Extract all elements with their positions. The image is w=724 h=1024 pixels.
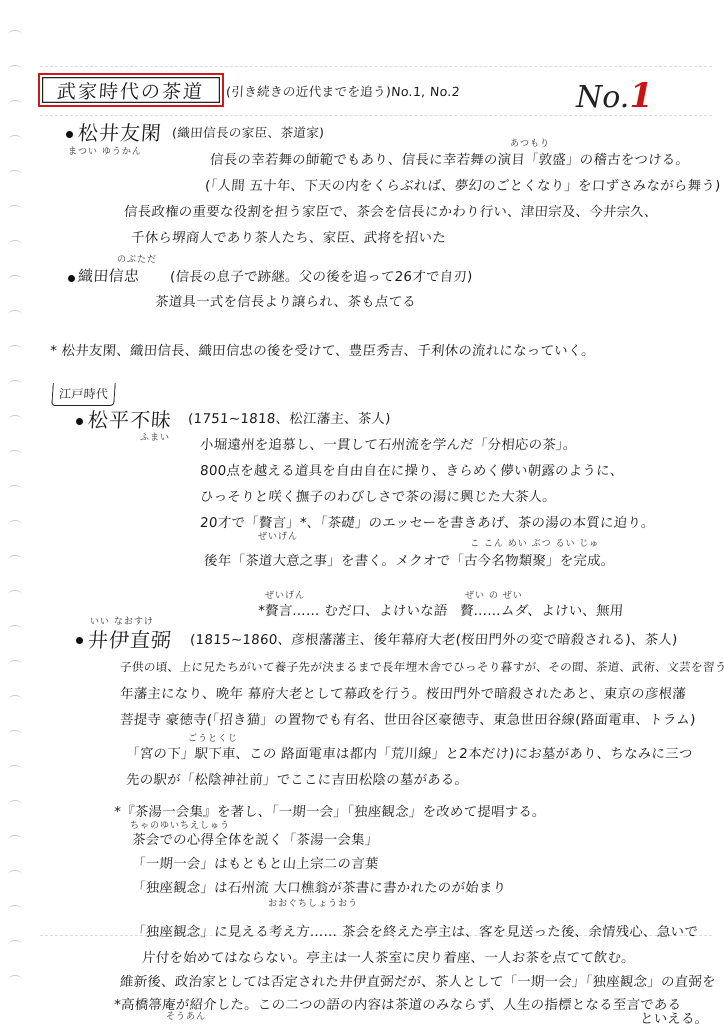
page-title: 武家時代の茶道 (57, 77, 206, 104)
page-subtitle: (引き続きの近代までを追う)No.1, No.2 (226, 86, 461, 99)
closing-line: 「独座観念」に見える考え方…… 茶会を終えた亭主は、客を見送った後、余情残心、急… (132, 926, 699, 939)
bullet-icon (76, 637, 83, 644)
bullet-icon (76, 418, 83, 425)
page-number: No.1 (576, 76, 653, 116)
text-line: 子供の頃、上に兄たちがいて養子先が決まるまで長年埋木舎でひっそり暮すが、その間、… (120, 662, 724, 674)
ruby-kokon: こ こん めい ぶつ るい じゅ (470, 540, 599, 549)
page-number-value: 1 (629, 76, 653, 116)
closing-line: といえる。 (640, 1013, 709, 1024)
note-line: 「一期一会」はもともと山上宗二の言葉 (132, 858, 379, 871)
ruby-atsumori: あつもり (510, 140, 550, 149)
text-line: (「人間 五十年、下天の内をくらぶれば、夢幻のごとくなり」を口ずさみながら舞う) (205, 180, 721, 193)
section-note: * 松井友閑、織田信長、織田信忠の後を受けて、豊臣秀吉、千利休の流れになっていく… (50, 345, 596, 358)
work-line: *『茶湯一会集』を著し、「一期一会」「独座観念」を改めて提唱する。 (114, 806, 547, 819)
text-line: 先の駅が「松陰神社前」でここに吉田松陰の墓がある。 (126, 774, 469, 787)
person-name: 井伊直弼 (87, 630, 172, 650)
person-name: 松平不昧 (87, 410, 172, 430)
text-line: 信長の幸若舞の師範でもあり、信長に幸若舞の演目「敦盛」の稽古をつける。 (210, 154, 690, 167)
footnote-ruby: ぜいげん (265, 592, 305, 601)
footnote-text: 贅……ムダ、よけい、無用 (460, 605, 624, 618)
person-desc: (織田信長の家臣、茶道家) (172, 127, 325, 140)
text-line: 後年「茶道大意之事」を書く。メクオで「古今名物類聚」を完成。 (204, 555, 615, 568)
bullet-icon (66, 131, 73, 138)
name-reading: いい なおすけ (90, 618, 154, 627)
ruby-work: ちゃのゆいちえしゅう (130, 822, 230, 831)
text-line: 菩提寺 豪徳寺(「招き猫」の置物でも有名、世田谷区豪徳寺、東急世田谷線(路面電車… (120, 714, 697, 727)
ruby-ookuchi: おおぐちしょうおう (268, 900, 358, 909)
era-label: 江戸時代 (51, 383, 116, 406)
person-desc: (信長の息子で跡継。父の後を追って26才で自刃) (170, 271, 473, 284)
person-desc: (1815~1860、彦根藩藩主、後年幕府大老(桜田門外の変で暗殺される)、茶人… (190, 634, 678, 647)
footnote-text: *贅言…… むだ口、よけいな語 (258, 605, 448, 618)
closing-line: 維新後、政治家としては否定された井伊直弼だが、茶人として「一期一会」「独座観念」… (120, 976, 717, 989)
text-line: 「宮の下」駅下車、この 路面電車は都内「荒川線」と2本だけ)にお墓があり、ちなみ… (126, 748, 693, 761)
bullet-icon (68, 275, 75, 282)
notebook-page: 武家時代の茶道 (引き続きの近代までを追う)No.1, No.2 No.1 松井… (0, 0, 724, 1024)
footnote-ruby: ぜい の ぜい (465, 592, 523, 601)
ruby-zeigen: ぜいげん (258, 533, 298, 542)
binder-hole-marks (8, 30, 28, 1010)
person-name: 織田信忠 (77, 269, 139, 284)
title-box: 武家時代の茶道 (38, 73, 224, 107)
ruby-goutokuji: ごうとくじ (188, 735, 238, 744)
name-reading: のぶただ (117, 256, 157, 265)
ruby-souan: そうあん (166, 1013, 206, 1022)
text-line: 800点を越える道具を自由自在に操り、きらめく儚い朝露のように、 (200, 465, 624, 478)
person-desc: (1751~1818、松江藩主、茶人) (188, 413, 392, 426)
page-number-label: No. (576, 80, 629, 115)
ruled-line (40, 66, 712, 67)
text-line: 小堀遠州を追慕し、一貫して石州流を学んだ「分相応の茶」。 (200, 439, 578, 452)
text-line: 信長政権の重要な役割を担う家臣で、茶会を信長にかわり行い、津田宗及、今井宗久、 (124, 206, 659, 219)
person-name: 松井友閑 (77, 123, 162, 143)
text-line: 茶道具一式を信長より譲られ、茶も点てる (155, 296, 417, 309)
text-line: 年藩主になり、晩年 幕府大老として幕政を行う。桜田門外で暗殺されたあと、東京の彦… (120, 688, 687, 701)
text-line: ひっそりと咲く撫子のわびしさで茶の湯に興じた大茶人。 (200, 491, 557, 504)
text-line: 20才で「贅言」*、「茶礎」のエッセーを書きあげ、茶の湯の本質に迫り。 (200, 517, 656, 530)
text-line: 千休ら堺商人であり茶人たち、家臣、武将を招いた (131, 232, 447, 245)
name-reading: まつい ゆうかん (68, 148, 142, 157)
note-line: 茶会での心得全体を説く「茶湯一会集」 (132, 834, 379, 847)
note-line: 「独座観念」は石州流 大口樵翁が茶書に書かれたのが始まり (132, 882, 507, 895)
closing-line: *高橋箒庵が紹介した。この二つの語の内容は茶道のみならず、人生の指標となる至言で… (114, 999, 682, 1012)
closing-line: 片付を始めてはならない。亭主は一人茶室に戻り着座、一人お茶を点てて飲む。 (142, 952, 636, 965)
name-reading: ふまい (140, 434, 170, 443)
